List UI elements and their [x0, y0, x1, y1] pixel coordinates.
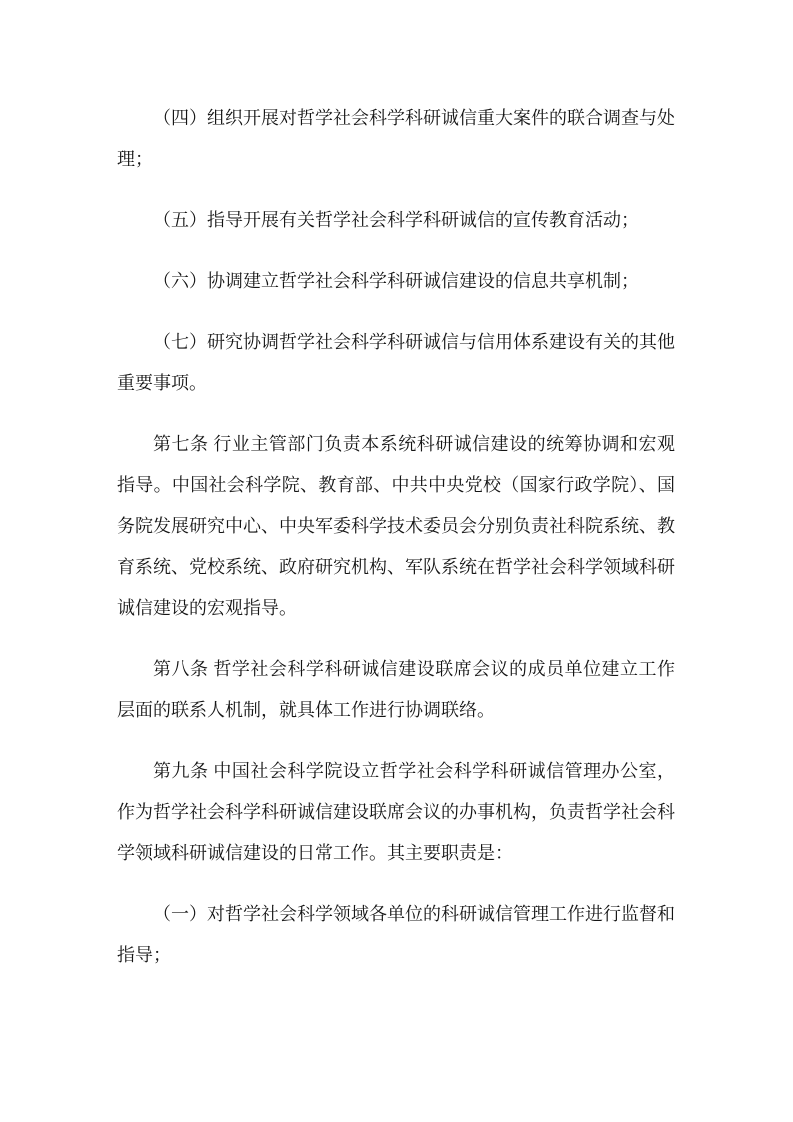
article-9: 第九条 中国社会科学院设立哲学社会科学科研诚信管理办公室，作为哲学社会科学科研诚… — [117, 751, 675, 874]
article-7: 第七条 行业主管部门负责本系统科研诚信建设的统筹协调和宏观指导。中国社会科学院、… — [117, 424, 675, 629]
clause-item-6: （六）协调建立哲学社会科学科研诚信建设的信息共享机制； — [117, 261, 675, 302]
article-8: 第八条 哲学社会科学科研诚信建设联席会议的成员单位建立工作层面的联系人机制，就具… — [117, 649, 675, 731]
clause-item-1: （一）对哲学社会科学领域各单位的科研诚信管理工作进行监督和指导； — [117, 894, 675, 976]
clause-item-4: （四）组织开展对哲学社会科学科研诚信重大案件的联合调查与处理； — [117, 98, 675, 180]
clause-item-5: （五）指导开展有关哲学社会科学科研诚信的宣传教育活动； — [117, 200, 675, 241]
document-page: （四）组织开展对哲学社会科学科研诚信重大案件的联合调查与处理； （五）指导开展有… — [0, 0, 793, 1122]
clause-item-7: （七）研究协调哲学社会科学科研诚信与信用体系建设有关的其他重要事项。 — [117, 322, 675, 404]
